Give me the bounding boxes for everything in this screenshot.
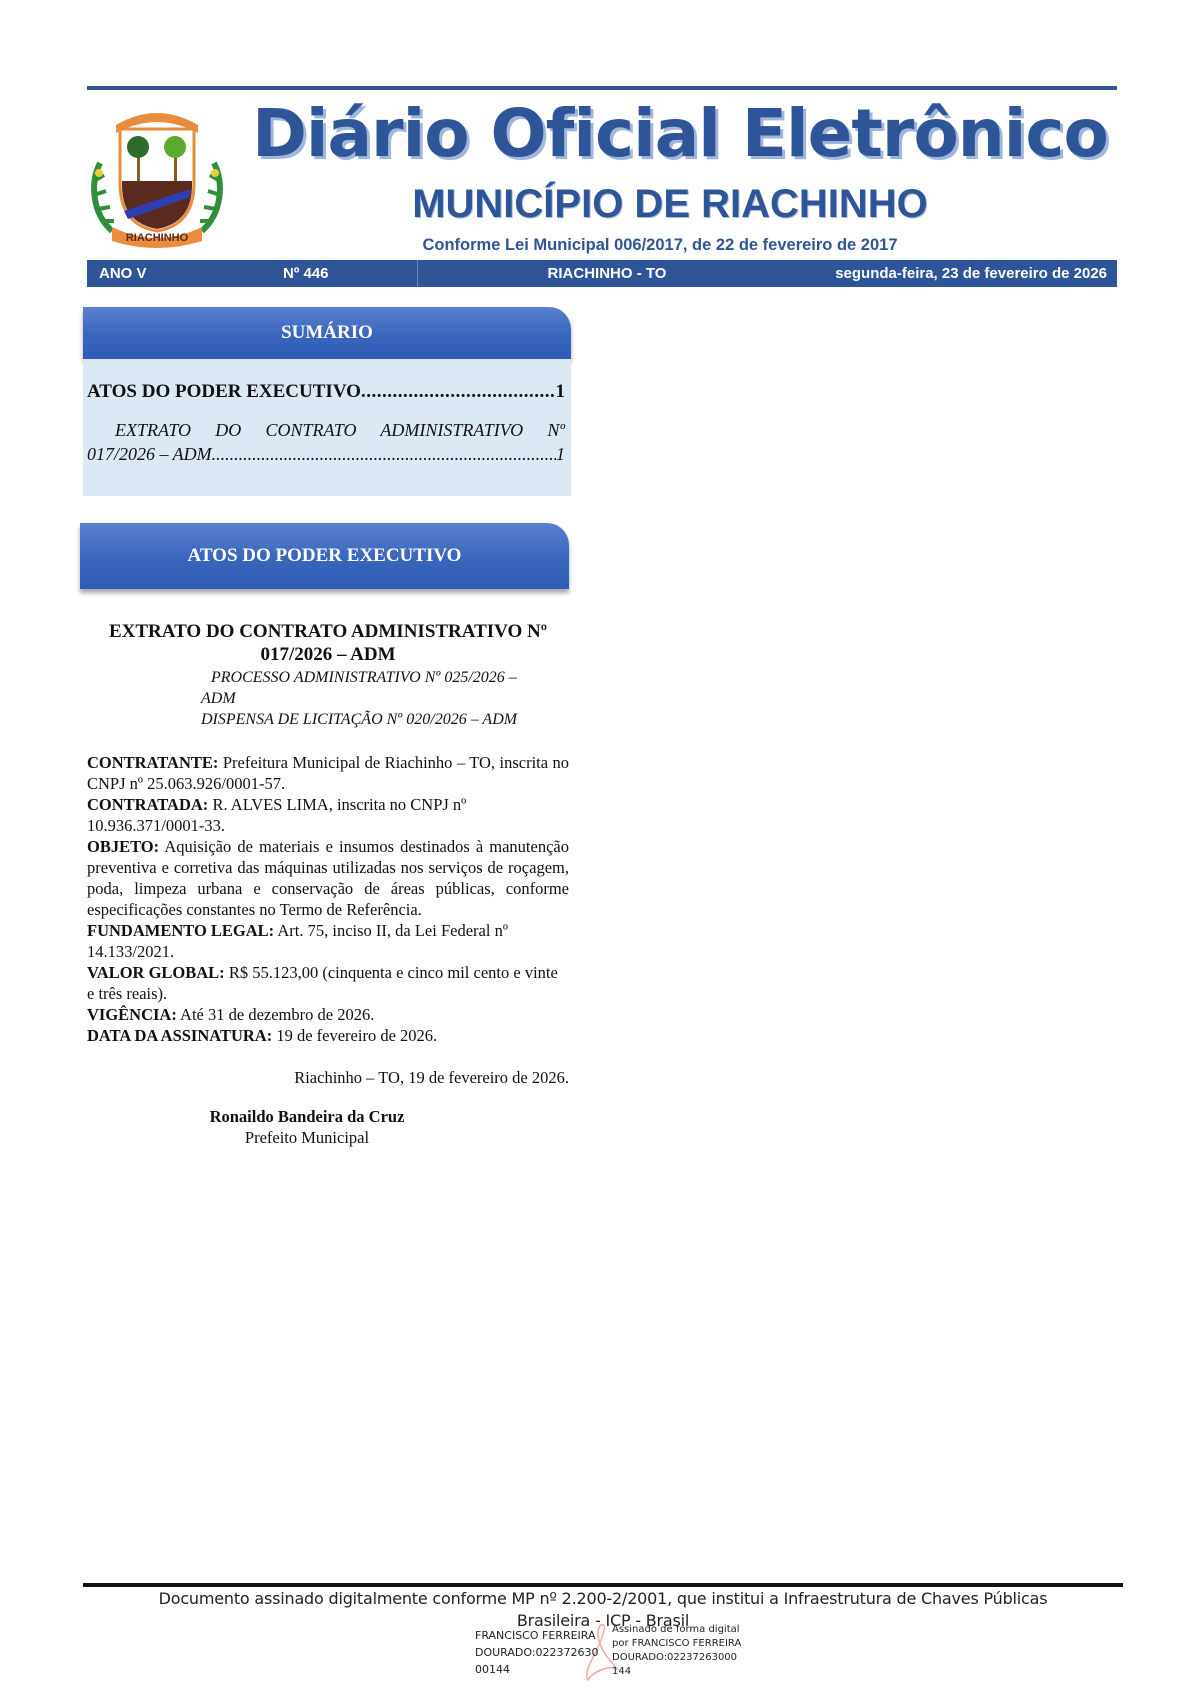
signature-line: FRANCISCO FERREIRA bbox=[475, 1627, 599, 1644]
signer-name: Ronaildo Bandeira da Cruz bbox=[47, 1106, 567, 1127]
coat-of-arms-icon: RIACHINHO bbox=[82, 103, 232, 249]
toc-item-page: 1 bbox=[556, 442, 565, 466]
dispensa-number: DISPENSA DE LICITAÇÃO Nº 020/2026 – ADM bbox=[201, 709, 569, 730]
process-number-cont: ADM bbox=[201, 688, 569, 709]
document-title-line1: EXTRATO DO CONTRATO ADMINISTRATIVO Nº bbox=[87, 620, 569, 643]
masthead-law: Conforme Lei Municipal 006/2017, de 22 d… bbox=[340, 236, 980, 255]
document-fields: CONTRATANTE: Prefeitura Municipal de Ria… bbox=[87, 752, 569, 1046]
field-label: CONTRATADA: bbox=[87, 795, 208, 814]
signature-line: 00144 bbox=[475, 1661, 599, 1678]
footer-rule bbox=[83, 1583, 1123, 1587]
field-contratante: CONTRATANTE: Prefeitura Municipal de Ria… bbox=[87, 752, 569, 794]
footer-line1: Documento assinado digitalmente conforme… bbox=[83, 1588, 1123, 1610]
toc-item-label: ATOS DO PODER EXECUTIVO bbox=[87, 381, 361, 403]
field-label: VALOR GLOBAL: bbox=[87, 963, 225, 982]
edition-date: segunda-feira, 23 de fevereiro de 2026 bbox=[835, 265, 1107, 282]
document-extrato: EXTRATO DO CONTRATO ADMINISTRATIVO Nº 01… bbox=[87, 620, 569, 1148]
field-valor: VALOR GLOBAL: R$ 55.123,00 (cinquenta e … bbox=[87, 962, 569, 1004]
field-label: FUNDAMENTO LEGAL: bbox=[87, 921, 274, 940]
field-fundamento: FUNDAMENTO LEGAL: Art. 75, inciso II, da… bbox=[87, 920, 569, 962]
top-rule bbox=[87, 86, 1117, 90]
field-label: OBJETO: bbox=[87, 837, 159, 856]
signature-line: DOURADO:022372630 bbox=[475, 1644, 599, 1661]
field-vigencia: VIGÊNCIA: Até 31 de dezembro de 2026. bbox=[87, 1004, 569, 1025]
toc-leader-dots: ........................................… bbox=[212, 442, 556, 466]
edition-city: RIACHINHO - TO bbox=[417, 265, 797, 282]
field-objeto: OBJETO: Aquisição de materiais e insumos… bbox=[87, 836, 569, 920]
field-value: 19 de fevereiro de 2026. bbox=[272, 1026, 437, 1045]
edition-year: ANO V bbox=[99, 265, 147, 282]
info-bar: ANO V Nº 446 RIACHINHO - TO segunda-feir… bbox=[87, 260, 1117, 287]
field-contratada: CONTRATADA: R. ALVES LIMA, inscrita no C… bbox=[87, 794, 569, 836]
field-label: DATA DA ASSINATURA: bbox=[87, 1026, 272, 1045]
toc-item-atos[interactable]: ATOS DO PODER EXECUTIVO ................… bbox=[87, 381, 565, 403]
field-data-assinatura: DATA DA ASSINATURA: 19 de fevereiro de 2… bbox=[87, 1025, 569, 1046]
masthead-title: Diário Oficial Eletrônico bbox=[240, 98, 1120, 171]
signature-line: por FRANCISCO FERREIRA bbox=[612, 1637, 741, 1651]
process-number: PROCESSO ADMINISTRATIVO Nº 025/2026 – bbox=[201, 667, 569, 688]
summary-box: ATOS DO PODER EXECUTIVO ................… bbox=[83, 359, 571, 496]
field-label: CONTRATANTE: bbox=[87, 753, 218, 772]
place-date: Riachinho – TO, 19 de fevereiro de 2026. bbox=[87, 1067, 569, 1088]
toc-item-page: 1 bbox=[556, 381, 566, 403]
field-value: Até 31 de dezembro de 2026. bbox=[177, 1005, 374, 1024]
signature-line: DOURADO:02237263000 bbox=[612, 1651, 741, 1665]
signature-line: Assinado de forma digital bbox=[612, 1623, 741, 1637]
signature-certificate-details: Assinado de forma digital por FRANCISCO … bbox=[612, 1623, 741, 1679]
signature-line: 144 bbox=[612, 1665, 741, 1679]
document-title-line2: 017/2026 – ADM bbox=[87, 643, 569, 666]
signature-certificate-name: FRANCISCO FERREIRA DOURADO:022372630 001… bbox=[475, 1627, 599, 1678]
field-label: VIGÊNCIA: bbox=[87, 1005, 177, 1024]
summary-header: SUMÁRIO bbox=[83, 307, 571, 359]
document-title: EXTRATO DO CONTRATO ADMINISTRATIVO Nº 01… bbox=[87, 620, 569, 666]
section-header: ATOS DO PODER EXECUTIVO bbox=[80, 523, 569, 589]
toc-item-label: EXTRATO DO CONTRATO ADMINISTRATIVO Nº bbox=[87, 418, 565, 442]
masthead-subtitle: MUNICÍPIO DE RIACHINHO bbox=[380, 182, 960, 226]
toc-item-label-cont: 017/2026 – ADM bbox=[87, 442, 212, 466]
toc-leader-dots: ........................................… bbox=[361, 381, 556, 403]
toc-item-extrato[interactable]: EXTRATO DO CONTRATO ADMINISTRATIVO Nº 01… bbox=[87, 418, 565, 466]
field-value: Aquisição de materiais e insumos destina… bbox=[87, 837, 569, 919]
signer-role: Prefeito Municipal bbox=[47, 1127, 567, 1148]
svg-text:RIACHINHO: RIACHINHO bbox=[126, 232, 189, 244]
signer-block: Ronaildo Bandeira da Cruz Prefeito Munic… bbox=[87, 1106, 567, 1148]
edition-number: Nº 446 bbox=[283, 265, 329, 282]
document-references: PROCESSO ADMINISTRATIVO Nº 025/2026 – AD… bbox=[201, 667, 569, 730]
